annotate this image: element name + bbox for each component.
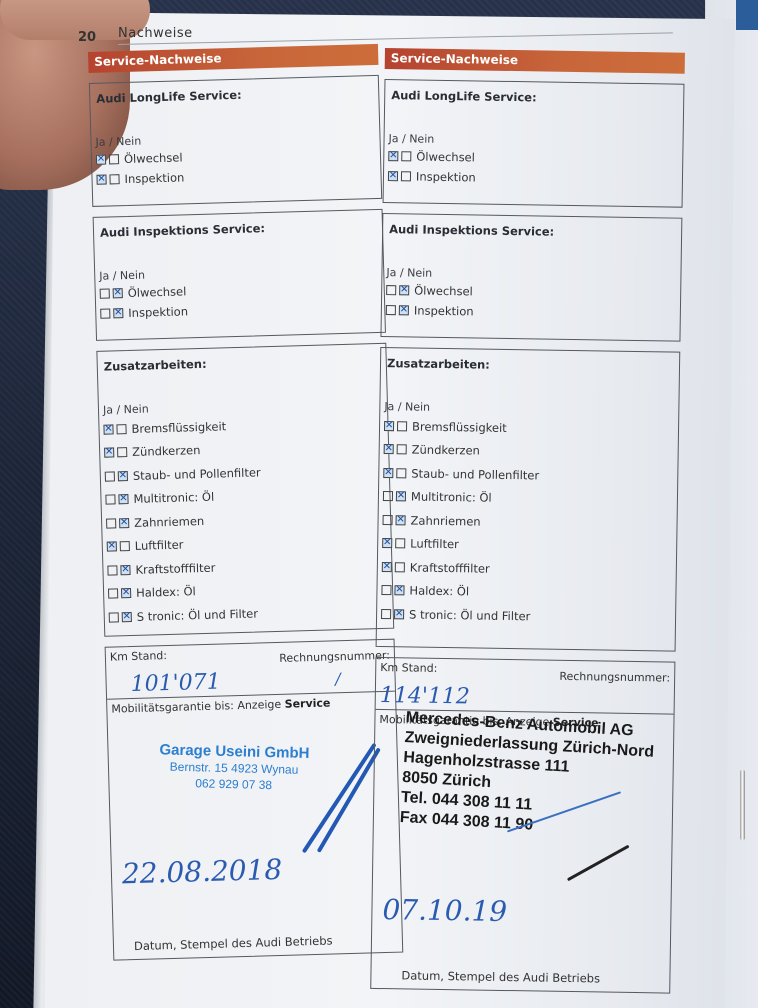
checkbox-ja[interactable] (106, 518, 116, 528)
checkbox-nein[interactable] (113, 288, 123, 298)
option-label: Ölwechsel (416, 150, 475, 165)
checkbox-nein[interactable] (120, 541, 130, 551)
checkbox-nein[interactable] (120, 565, 130, 575)
yes-no-label: Ja / Nein (380, 370, 679, 418)
checkbox-nein[interactable] (396, 468, 406, 478)
checkbox-ja[interactable] (103, 424, 113, 434)
option-label: Inspektion (416, 170, 476, 185)
checkbox-nein[interactable] (122, 612, 132, 622)
mobility-label: Mobilitätsgarantie bis: Anzeige (111, 698, 281, 716)
option-label: Ölwechsel (414, 283, 473, 298)
additional-work-box: Zusatzarbeiten: Ja / Nein Bremsflüssigke… (96, 343, 394, 637)
checkbox-nein[interactable] (401, 151, 411, 161)
checkbox-nein[interactable] (121, 588, 131, 598)
checkbox-nein[interactable] (399, 285, 409, 295)
checkbox-ja[interactable] (383, 468, 393, 478)
option-label: Staub- und Pollenfilter (411, 466, 539, 482)
checkbox-nein[interactable] (395, 562, 405, 572)
staple-bottom (740, 770, 745, 840)
option-label: Bremsflüssigkeit (131, 419, 226, 436)
checkbox-ja[interactable] (109, 612, 119, 622)
checkbox-nein[interactable] (399, 305, 409, 315)
option-label: Zahnriemen (410, 513, 480, 528)
option-label: Haldex: Öl (136, 584, 196, 600)
yes-no-label: Ja / Nein (384, 102, 683, 150)
mobility-value: Service (284, 696, 330, 710)
checkbox-nein[interactable] (109, 154, 119, 164)
dealer-stamp: Garage Useini GmbH Bernstr. 15 4923 Wyna… (158, 742, 309, 794)
checkbox-ja[interactable] (386, 305, 396, 315)
checkbox-ja[interactable] (386, 285, 396, 295)
option-label: S tronic: Öl und Filter (137, 606, 259, 623)
option-label: Zündkerzen (412, 443, 480, 458)
checkbox-ja[interactable] (96, 175, 106, 185)
signature-box: Km Stand: Rechnungsnummer: 101'071 / Mob… (105, 639, 404, 961)
option-label: Haldex: Öl (409, 584, 469, 599)
stamp-smudge (567, 845, 630, 882)
checkbox-nein[interactable] (116, 424, 126, 434)
service-date[interactable]: 22.08.2018 (122, 853, 283, 890)
option-row: Inspektion (382, 299, 680, 324)
checkbox-ja[interactable] (381, 609, 391, 619)
checkbox-ja[interactable] (384, 444, 394, 454)
checkbox-nein[interactable] (118, 494, 128, 504)
inspection-title: Audi Inspektions Service: (383, 214, 681, 241)
checkbox-ja[interactable] (107, 542, 117, 552)
section-header: Service-Nachweise (385, 48, 685, 74)
checkbox-ja[interactable] (388, 151, 398, 161)
option-label: Kraftstofffilter (410, 560, 490, 575)
checkbox-ja[interactable] (381, 585, 391, 595)
service-entry-2: Service-Nachweise Audi LongLife Service:… (370, 48, 685, 994)
km-invoice-row: Km Stand: Rechnungsnummer: (376, 658, 674, 685)
signature-stroke (317, 747, 381, 853)
date-stamp-label: Datum, Stempel des Audi Betriebs (134, 934, 333, 954)
checkbox-ja[interactable] (382, 562, 392, 572)
page-title: Nachweise (118, 26, 193, 41)
checkbox-nein[interactable] (117, 447, 127, 457)
option-label: Staub- und Pollenfilter (133, 465, 261, 483)
service-entry-1: Service-Nachweise Audi LongLife Service:… (88, 44, 403, 961)
invoice-label: Rechnungsnummer: (559, 670, 670, 685)
option-label: Inspektion (128, 304, 188, 320)
checkbox-nein[interactable] (118, 471, 128, 481)
inspection-box: Audi Inspektions Service: Ja / Nein Ölwe… (93, 209, 386, 341)
option-row: S tronic: Öl und Filter (377, 601, 675, 629)
option-row: Inspektion (384, 165, 682, 190)
option-label: Multitronic: Öl (411, 490, 492, 505)
checkbox-nein[interactable] (119, 518, 129, 528)
option-label: S tronic: Öl und Filter (409, 607, 530, 623)
option-label: Inspektion (124, 170, 184, 186)
option-label: Inspektion (414, 303, 474, 318)
option-label: Luftfilter (410, 537, 459, 552)
checkbox-ja[interactable] (105, 471, 115, 481)
checkbox-ja[interactable] (108, 589, 118, 599)
km-value[interactable]: 114'112 (380, 683, 470, 710)
longlife-box: Audi LongLife Service: Ja / Nein Ölwechs… (89, 75, 382, 207)
invoice-value[interactable] (650, 687, 670, 713)
checkbox-ja[interactable] (383, 515, 393, 525)
checkbox-ja[interactable] (388, 171, 398, 181)
checkbox-nein[interactable] (401, 171, 411, 181)
checkbox-nein[interactable] (397, 421, 407, 431)
option-label: Luftfilter (135, 538, 184, 553)
booklet-cover-corner (736, 0, 758, 30)
checkbox-nein[interactable] (113, 308, 123, 318)
checkbox-ja[interactable] (105, 495, 115, 505)
longlife-title: Audi LongLife Service: (385, 80, 683, 107)
checkbox-ja[interactable] (382, 538, 392, 548)
option-label: Bremsflüssigkeit (412, 419, 507, 434)
option-label: Kraftstofffilter (135, 560, 215, 576)
longlife-box: Audi LongLife Service: Ja / Nein Ölwechs… (383, 79, 685, 208)
checkbox-ja[interactable] (96, 155, 106, 165)
km-value[interactable]: 101'071 (110, 670, 221, 699)
checkbox-ja[interactable] (100, 308, 110, 318)
checkbox-nein[interactable] (394, 609, 404, 619)
checkbox-nein[interactable] (109, 174, 119, 184)
checkbox-nein[interactable] (396, 491, 406, 501)
option-label: Zündkerzen (132, 443, 201, 459)
checkbox-ja[interactable] (383, 491, 393, 501)
checkbox-ja[interactable] (384, 421, 394, 431)
checkbox-nein[interactable] (395, 538, 405, 548)
signature-stroke (302, 743, 377, 854)
checkbox-ja[interactable] (104, 448, 114, 458)
km-label: Km Stand: (110, 649, 168, 670)
service-date[interactable]: 07.10.19 (382, 893, 507, 928)
checkbox-nein[interactable] (394, 585, 404, 595)
checkbox-ja[interactable] (100, 288, 110, 298)
option-label: Zahnriemen (134, 514, 204, 530)
page-number: 20 (78, 30, 96, 45)
inspection-box: Audi Inspektions Service: Ja / Nein Ölwe… (380, 213, 682, 342)
yes-no-label: Ja / Nein (382, 236, 681, 284)
km-label: Km Stand: (380, 661, 437, 681)
option-label: Ölwechsel (128, 284, 187, 300)
checkbox-nein[interactable] (397, 444, 407, 454)
additional-work-box: Zusatzarbeiten: Ja / Nein Bremsflüssigke… (376, 347, 681, 652)
checkbox-nein[interactable] (396, 515, 406, 525)
checkbox-ja[interactable] (107, 565, 117, 575)
option-label: Multitronic: Öl (133, 490, 214, 506)
option-label: Ölwechsel (124, 150, 183, 166)
additional-work-title: Zusatzarbeiten: (381, 348, 679, 375)
date-stamp-label: Datum, Stempel des Audi Betriebs (401, 968, 600, 985)
signature-box: Km Stand: Rechnungsnummer: 114'112 Mobil… (370, 657, 675, 994)
